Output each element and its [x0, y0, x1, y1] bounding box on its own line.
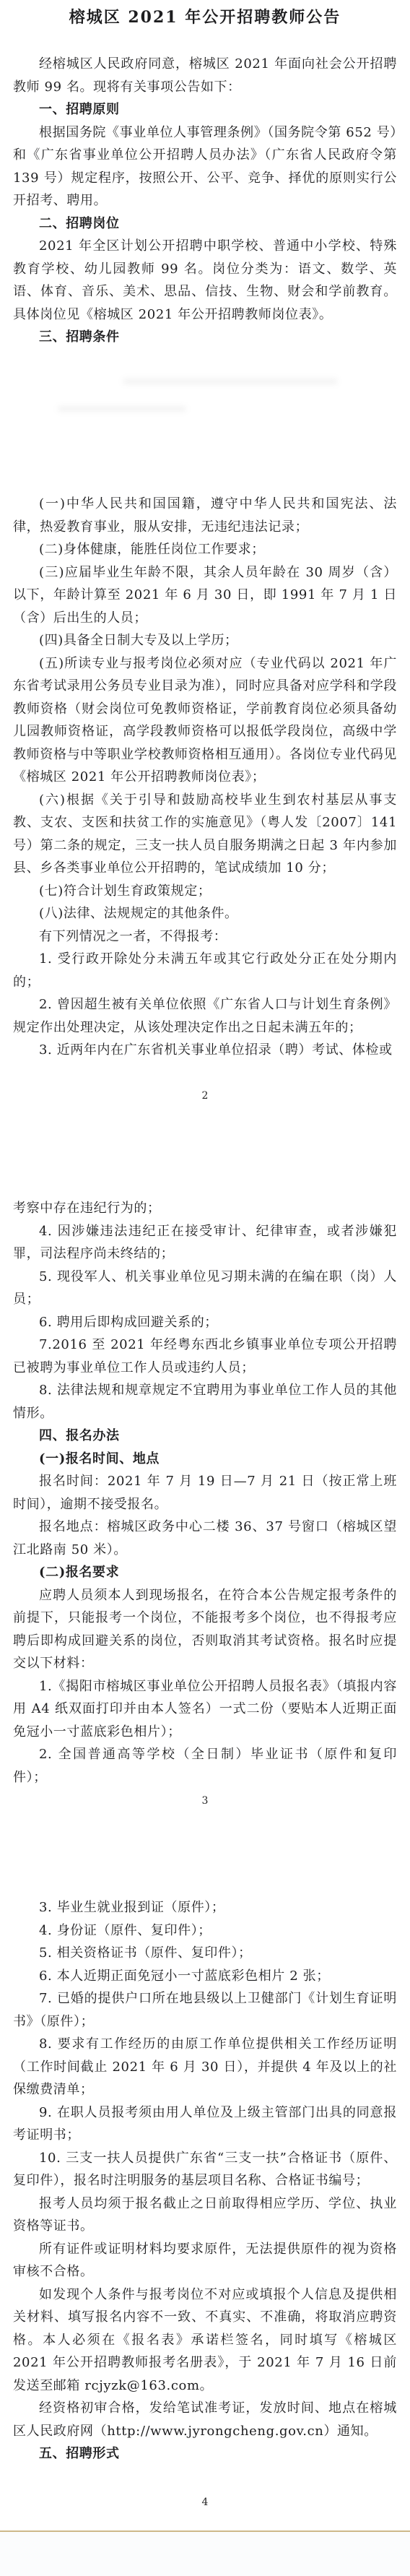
paragraph: 所有证件或证明材料均要求原件，无法提供原件的视为资格审核不合格。: [13, 2238, 397, 2283]
paragraph: (六)根据《关于引导和鼓励高校毕业生到农村基层从事支教、支农、支医和扶贫工作的实…: [13, 789, 397, 880]
paragraph: 4. 身份证（原件、复印件）；: [13, 1919, 397, 1942]
paragraph: 如发现个人条件与报考岗位不对应或填报个人信息及提供相关材料、填写报名内容不一致、…: [13, 2283, 397, 2398]
paragraph: 4. 因涉嫌违法违纪正在接受审计、纪律审查，或者涉嫌犯罪，司法程序尚未终结的；: [13, 1220, 397, 1266]
paragraph: 2. 全国普通高等学校（全日制）毕业证书（原件和复印件）；: [13, 1743, 397, 1789]
paragraph: 报名地点：榕城区政务中心二楼 36、37 号窗口（榕城区望江北路南 50 米）。: [13, 1516, 397, 1561]
section-heading: 一、招聘原则: [13, 98, 397, 121]
paragraph: (八)法律、法规规定的其他条件。: [13, 902, 397, 925]
paragraph: (七)符合计划生育政策规定；: [13, 880, 397, 903]
document-title: 榕城区 2021 年公开招聘教师公告: [13, 6, 397, 30]
section-heading: 五、招聘形式: [13, 2442, 397, 2465]
paragraph: 8. 要求有工作经历的由原工作单位提供相关工作经历证明（工作时间截止 2021 …: [13, 2033, 397, 2101]
paragraph: 1.《揭阳市榕城区事业单位公开招聘人员报名表》（填报内容用 A4 纸双面打印并由…: [13, 1675, 397, 1744]
paragraph: 报名时间：2021 年 7 月 19 日—7 月 21 日（按正常上班时间），逾…: [13, 1470, 397, 1516]
paragraph: 1. 受行政开除处分未满五年或其它行政处分正在处分期内的；: [13, 948, 397, 993]
page-1: 榕城区 2021 年公开招聘教师公告经榕城区人民政府同意，榕城区 2021 年面…: [0, 0, 410, 493]
section-heading: 二、招聘岗位: [13, 212, 397, 235]
paragraph: 3. 毕业生就业报到证（原件）；: [13, 1896, 397, 1919]
page-number: 4: [0, 2497, 410, 2508]
paragraph: 2021 年全区计划公开招聘中职学校、普通中小学校、特殊教育学校、幼儿园教师 9…: [13, 235, 397, 326]
paragraph: 有下列情况之一者，不得报考：: [13, 925, 397, 948]
paragraph: 8. 法律法规和规章规定不宜聘用为事业单位工作人员的其他情形。: [13, 1379, 397, 1425]
paragraph: 7.2016 至 2021 年经粤东西北乡镇事业单位专项公开招聘已被聘为事业单位…: [13, 1334, 397, 1379]
paragraph: (二)身体健康，能胜任岗位工作要求；: [13, 538, 397, 561]
page-number: 2: [0, 1090, 410, 1102]
paragraph: 应聘人员须本人到现场报名，在符合本公告规定报考条件的前提下，只能报考一个岗位，不…: [13, 1584, 397, 1675]
paragraph: 7. 已婚的提供户口所在地县级以上卫健部门《计划生育证明书》（原件）；: [13, 1987, 397, 2033]
page-2: (一)中华人民共和国国籍，遵守中华人民共和国宪法、法律，热爱教育事业，服从安排，…: [0, 493, 410, 1197]
paragraph: 10. 三支一扶人员提供广东省“三支一扶”合格证书（原件、复印件），报名时注明服…: [13, 2147, 397, 2192]
section-heading: (一)报名时间、地点: [13, 1448, 397, 1471]
paragraph: 经资格初审合格，发给笔试准考证，发放时间、地点在榕城区人民政府网（http://…: [13, 2397, 397, 2442]
paragraph: 根据国务院《事业单位人事管理条例》（国务院令第 652 号）和《广东省事业单位公…: [13, 121, 397, 212]
bottom-margin-strip: [0, 2532, 410, 2576]
page-3: 考察中存在违纪行为的；4. 因涉嫌违法违纪正在接受审计、纪律审查，或者涉嫌犯罪，…: [0, 1197, 410, 1896]
paragraph: 5. 现役军人、机关事业单位见习期未满的在编在职（岗）人员；: [13, 1266, 397, 1311]
paragraph: 经榕城区人民政府同意，榕城区 2021 年面向社会公开招聘教师 99 名。现将有…: [13, 53, 397, 98]
paragraph: 9. 在职人员报考须由用人单位及上级主管部门出具的同意报考证明书；: [13, 2101, 397, 2147]
paragraph: (五)所读专业与报考岗位必须对应（专业代码以 2021 年广东省考试录用公务员专…: [13, 652, 397, 789]
paragraph: 6. 本人近期正面免冠小一寸蓝底彩色相片 2 张；: [13, 1965, 397, 1988]
paragraph: (四)具备全日制大专及以上学历；: [13, 629, 397, 652]
paragraph: 考察中存在违纪行为的；: [13, 1197, 397, 1220]
paragraph: (一)中华人民共和国国籍，遵守中华人民共和国宪法、法律，热爱教育事业，服从安排，…: [13, 493, 397, 538]
paragraph: 2. 曾因超生被有关单位依照《广东省人口与计划生育条例》规定作出处理决定，从该处…: [13, 993, 397, 1039]
paragraph: 6. 聘用后即构成回避关系的；: [13, 1311, 397, 1334]
section-heading: (二)报名要求: [13, 1561, 397, 1584]
document: 榕城区 2021 年公开招聘教师公告经榕城区人民政府同意，榕城区 2021 年面…: [0, 0, 410, 2530]
paragraph: 5. 相关资格证书（原件、复印件）；: [13, 1942, 397, 1965]
page-number: 3: [0, 1795, 410, 1807]
paragraph: 报考人员均须于报名截止之日前取得相应学历、学位、执业资格等证书。: [13, 2192, 397, 2238]
section-heading: 三、招聘条件: [13, 326, 397, 349]
page-4: 3. 毕业生就业报到证（原件）；4. 身份证（原件、复印件）；5. 相关资格证书…: [0, 1896, 410, 2530]
section-heading: 四、报名办法: [13, 1425, 397, 1448]
paragraph: 3. 近两年内在广东省机关事业单位招录（聘）考试、体检或: [13, 1039, 397, 1062]
paragraph: (三)应届毕业生年龄不限，其余人员年龄在 30 周岁（含）以下，年龄计算至 20…: [13, 561, 397, 630]
